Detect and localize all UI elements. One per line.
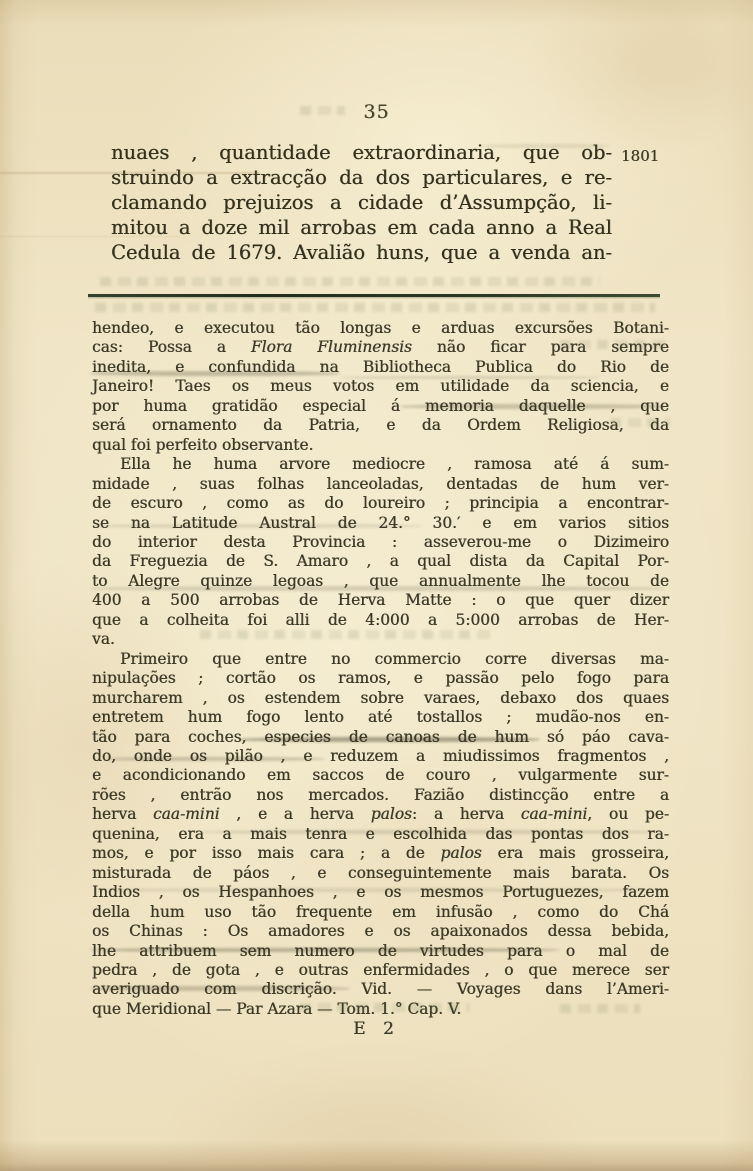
text-line: nuaes , quantidade extraordinaria, que o…	[111, 141, 612, 166]
signature-mark: E 2	[0, 1019, 753, 1039]
bleedthrough-ghost	[100, 277, 600, 286]
plain-text: do interior desta Provincia : asseverou-…	[92, 533, 669, 551]
plain-text: hendeo, e executou tão longas e arduas e…	[92, 319, 669, 337]
plain-text: que Meridional — Par Azara — Tom. 1.° Ca…	[92, 1000, 461, 1018]
text-line: mitou a doze mil arrobas em cada anno a …	[111, 216, 612, 241]
plain-text: quenina, era a mais tenra e escolhida da…	[92, 825, 669, 843]
text-line: e acondicionando em saccos de couro , vu…	[92, 766, 669, 785]
plain-text: midade , suas folhas lanceoladas, dentad…	[92, 475, 669, 493]
text-line: va.	[92, 630, 669, 649]
text-line: que a colheita foi alli de 4:000 a 5:000…	[92, 611, 669, 630]
plain-text: inedita, e confundida na Bibliotheca Pub…	[92, 358, 669, 376]
scanned-book-page: 35 nuaes , quantidade extraordinaria, qu…	[0, 0, 753, 1171]
main-text-block: nuaes , quantidade extraordinaria, que o…	[111, 141, 612, 266]
text-line: pedra , de gota , e outras enfermidades …	[92, 961, 669, 980]
text-line: to Alegre quinze legoas , que annualment…	[92, 572, 669, 591]
text-line: por huma gratidão especial á memoria daq…	[92, 397, 669, 416]
text-line: lhe attribuem sem numero de virtudes par…	[92, 942, 669, 961]
text-line: murcharem , os estendem sobre varaes, de…	[92, 689, 669, 708]
text-line: de escuro , como as do loureiro ; princi…	[92, 494, 669, 513]
plain-text: que a colheita foi alli de 4:000 a 5:000…	[92, 611, 669, 629]
plain-text: lhe attribuem sem numero de virtudes par…	[92, 942, 669, 960]
text-line: misturada de páos , e conseguintemente m…	[92, 864, 669, 883]
text-line: mos, e por isso mais cara ; a de palos e…	[92, 844, 669, 863]
plain-text: entretem hum fogo lento até tostallos ; …	[92, 708, 669, 726]
plain-text: 400 a 500 arrobas de Herva Matte : o que…	[92, 591, 669, 609]
text-line: que Meridional — Par Azara — Tom. 1.° Ca…	[92, 1000, 669, 1019]
plain-text: os Chinas : Os amadores e os apaixonados…	[92, 922, 669, 940]
plain-text: murcharem , os estendem sobre varaes, de…	[92, 689, 669, 707]
plain-text: cas: Possa a	[92, 338, 251, 356]
text-line: struindo a extracção da dos particulares…	[111, 166, 612, 191]
plain-text: , ou pe-	[587, 805, 669, 823]
plain-text: do, onde os pilão , e reduzem a miudissi…	[92, 747, 669, 765]
plain-text: Janeiro! Taes os meus votos em utilidade…	[92, 377, 669, 395]
text-line: qual foi perfeito observante.	[92, 436, 669, 455]
text-line: Janeiro! Taes os meus votos em utilidade…	[92, 377, 669, 396]
text-line: 400 a 500 arrobas de Herva Matte : o que…	[92, 591, 669, 610]
text-line: nipulações ; cortão os ramos, e passão p…	[92, 669, 669, 688]
text-line: do interior desta Provincia : asseverou-…	[92, 533, 669, 552]
text-line: averiguado com discrição. Vid. — Voyages…	[92, 980, 669, 999]
plain-text: va.	[92, 630, 115, 648]
italic-text: caa-mini	[153, 805, 220, 823]
plain-text: por huma gratidão especial á memoria daq…	[92, 397, 669, 415]
text-line: inedita, e confundida na Bibliotheca Pub…	[92, 358, 669, 377]
text-line: clamando prejuizos a cidade d’Assumpção,…	[111, 191, 612, 216]
footnote-separator-rule	[88, 294, 660, 297]
plain-text: qual foi perfeito observante.	[92, 436, 313, 454]
text-line: Primeiro que entre no commercio corre di…	[92, 650, 669, 669]
margin-year-note: 1801	[621, 147, 659, 165]
text-line: se na Latitude Austral de 24.° 30.′ e em…	[92, 514, 669, 533]
plain-text: Primeiro que entre no commercio corre di…	[120, 650, 669, 668]
plain-text: e acondicionando em saccos de couro , vu…	[92, 766, 669, 784]
text-line: os Chinas : Os amadores e os apaixonados…	[92, 922, 669, 941]
text-line: hendeo, e executou tão longas e arduas e…	[92, 319, 669, 338]
plain-text: herva	[92, 805, 153, 823]
plain-text: pedra , de gota , e outras enfermidades …	[92, 961, 669, 979]
plain-text: , e a herva	[220, 805, 371, 823]
text-line: da Freguezia de S. Amaro , a qual dista …	[92, 552, 669, 571]
plain-text: averiguado com discrição. Vid. — Voyages…	[92, 980, 669, 998]
plain-text: se na Latitude Austral de 24.° 30.′ e em…	[92, 514, 669, 532]
text-line: rões , entrão nos mercados. Fazião disti…	[92, 786, 669, 805]
plain-text: della hum uso tão frequente em infusão ,…	[92, 903, 669, 921]
text-line: quenina, era a mais tenra e escolhida da…	[92, 825, 669, 844]
text-line: entretem hum fogo lento até tostallos ; …	[92, 708, 669, 727]
plain-text: será ornamento da Patria, e da Ordem Rel…	[92, 416, 669, 434]
italic-text: palos	[441, 844, 482, 862]
plain-text: era mais grosseira,	[482, 844, 669, 862]
italic-text: Flora Fluminensis	[251, 338, 412, 356]
plain-text: to Alegre quinze legoas , que annualment…	[92, 572, 669, 590]
italic-text: palos	[371, 805, 412, 823]
text-line: do, onde os pilão , e reduzem a miudissi…	[92, 747, 669, 766]
plain-text: nipulações ; cortão os ramos, e passão p…	[92, 669, 669, 687]
text-line: tão para coches, especies de canoas de h…	[92, 728, 669, 747]
plain-text: Indios , os Hespanhoes , e os mesmos Por…	[92, 883, 669, 901]
text-line: será ornamento da Patria, e da Ordem Rel…	[92, 416, 669, 435]
text-line: della hum uso tão frequente em infusão ,…	[92, 903, 669, 922]
text-line: Ella he huma arvore mediocre , ramosa at…	[92, 455, 669, 474]
plain-text: de escuro , como as do loureiro ; princi…	[92, 494, 669, 512]
text-line: midade , suas folhas lanceoladas, dentad…	[92, 475, 669, 494]
text-line: Cedula de 1679. Avalião huns, que a vend…	[111, 241, 612, 266]
plain-text: da Freguezia de S. Amaro , a qual dista …	[92, 552, 669, 570]
text-line: Indios , os Hespanhoes , e os mesmos Por…	[92, 883, 669, 902]
text-line: cas: Possa a Flora Fluminensis não ficar…	[92, 338, 669, 357]
plain-text: mos, e por isso mais cara ; a de	[92, 844, 441, 862]
bleedthrough-ghost	[95, 303, 655, 312]
text-line: herva caa-mini , e a herva palos: a herv…	[92, 805, 669, 824]
plain-text: : a herva	[412, 805, 521, 823]
footnote-block: hendeo, e executou tão longas e arduas e…	[92, 319, 669, 1019]
plain-text: não ficar para sempre	[412, 338, 669, 356]
plain-text: tão para coches, especies de canoas de h…	[92, 728, 669, 746]
plain-text: rões , entrão nos mercados. Fazião disti…	[92, 786, 669, 804]
plain-text: misturada de páos , e conseguintemente m…	[92, 864, 669, 882]
plain-text: Ella he huma arvore mediocre , ramosa at…	[120, 455, 669, 473]
italic-text: caa-mini	[521, 805, 588, 823]
page-number: 35	[0, 101, 753, 123]
